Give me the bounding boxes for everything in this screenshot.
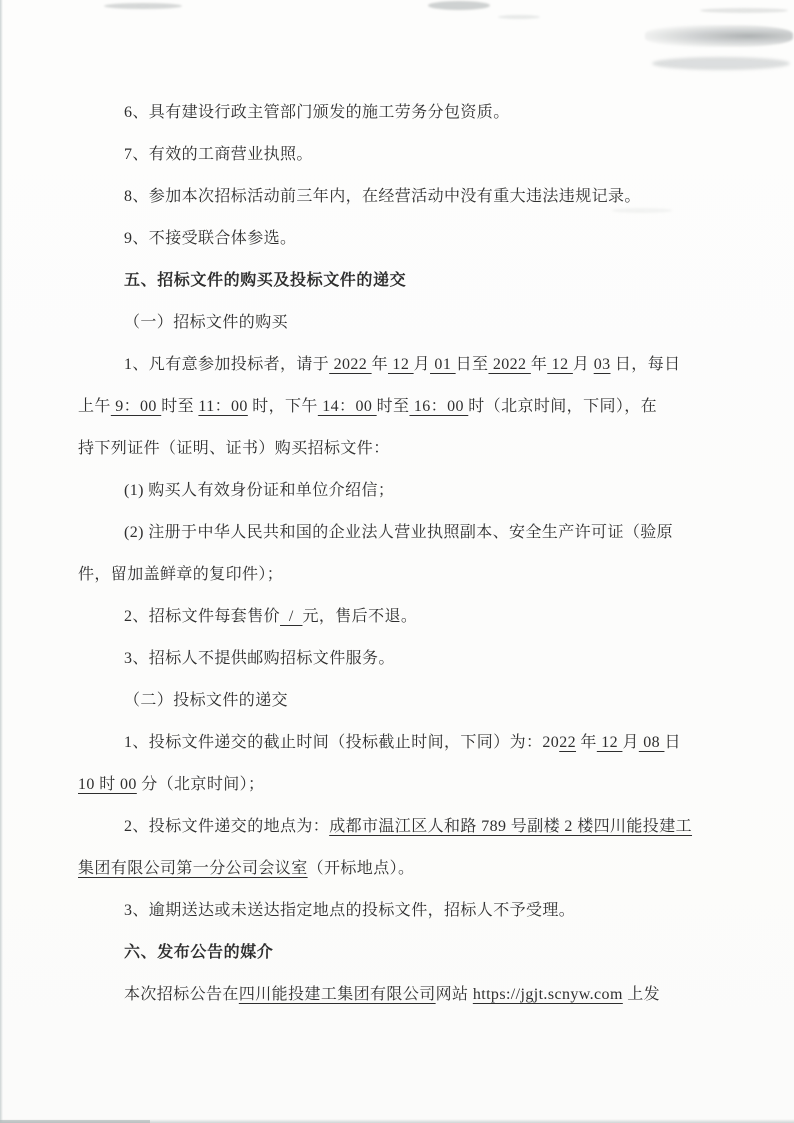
document-line: 1、凡有意参加投标者，请于 2022 年 12 月 01 日至 2022 年 1…	[78, 344, 744, 386]
text-run: 1、凡有意参加投标者，请于	[124, 356, 329, 373]
text-run: 6、具有建设行政主管部门颁发的施工劳务分包资质。	[124, 104, 510, 121]
underlined-text: 2022	[329, 356, 371, 373]
scan-smudge	[498, 15, 540, 19]
underlined-text: 11：00	[198, 398, 247, 415]
document-line: 6、具有建设行政主管部门颁发的施工劳务分包资质。	[78, 92, 744, 134]
text-run: 上发	[623, 986, 660, 1003]
text-run: 日	[664, 734, 680, 751]
text-run: 持下列证件（证明、证书）购买招标文件：	[78, 440, 390, 457]
text-run: 月	[414, 356, 430, 373]
underlined-text: https://jgjt.scnyw.com	[473, 986, 623, 1003]
text-run: 2、招标文件每套售价	[124, 608, 280, 625]
text-run: （二）投标文件的递交	[124, 692, 288, 709]
document-line: 集团有限公司第一分公司会议室（开标地点）。	[78, 848, 744, 890]
document-line: 3、逾期送达或未送达指定地点的投标文件，招标人不予受理。	[78, 890, 744, 932]
underlined-text: 03	[594, 356, 611, 373]
underlined-text: 12	[597, 734, 623, 751]
document-line: 2、招标文件每套售价 / 元，售后不退。	[78, 596, 744, 638]
text-run: 2、投标文件递交的地点为：	[124, 818, 329, 835]
underlined-text: 成都市温江区人和路 789 号副楼 2 楼四川能投建工	[329, 818, 692, 835]
text-run: 7、有效的工商营业执照。	[124, 146, 313, 163]
section-heading-line: 六、发布公告的媒介	[78, 932, 744, 974]
underlined-text: 08	[639, 734, 665, 751]
underlined-text: 12	[388, 356, 414, 373]
document-line: 8、参加本次招标活动前三年内，在经营活动中没有重大违法违规记录。	[78, 176, 744, 218]
text-run: 五、招标文件的购买及投标文件的递交	[124, 272, 406, 289]
text-run: 时，下午	[248, 398, 318, 415]
text-run: 上午	[78, 398, 111, 415]
document-line: 10 时 00 分（北京时间）；	[78, 764, 744, 806]
underlined-text: 2022	[488, 356, 530, 373]
text-run: 时至	[377, 398, 410, 415]
text-run: 元，售后不退。	[302, 608, 417, 625]
scan-smudge	[700, 8, 788, 13]
text-run: 日至	[456, 356, 489, 373]
text-run: (2) 注册于中华人民共和国的企业法人营业执照副本、安全生产许可证（验原	[124, 524, 673, 541]
document-line: 持下列证件（证明、证书）购买招标文件：	[78, 428, 744, 470]
underlined-text: 集团有限公司第一分公司会议室	[78, 860, 308, 877]
document-line: (2) 注册于中华人民共和国的企业法人营业执照副本、安全生产许可证（验原	[78, 512, 744, 554]
underlined-text: 12	[547, 356, 573, 373]
section-heading-line: 五、招标文件的购买及投标文件的递交	[78, 260, 744, 302]
document-line: 3、招标人不提供邮购招标文件服务。	[78, 638, 744, 680]
document-page: 6、具有建设行政主管部门颁发的施工劳务分包资质。7、有效的工商营业执照。8、参加…	[0, 0, 794, 1123]
text-run: 本次招标公告在	[124, 986, 239, 1003]
scan-smudge	[104, 3, 182, 9]
text-run: (1) 购买人有效身份证和单位介绍信；	[124, 482, 394, 499]
document-line: 7、有效的工商营业执照。	[78, 134, 744, 176]
scan-smudge	[645, 25, 793, 47]
underlined-text: 四川能投建工集团有限公司	[239, 986, 436, 1003]
text-run: 六、发布公告的媒介	[124, 944, 273, 961]
document-line: (1) 购买人有效身份证和单位介绍信；	[78, 470, 744, 512]
text-run: 8、参加本次招标活动前三年内，在经营活动中没有重大违法违规记录。	[124, 188, 641, 205]
text-run: 网站	[436, 986, 473, 1003]
text-run: 时（北京时间，下同），在	[468, 398, 657, 415]
document-line: （二）投标文件的递交	[78, 680, 744, 722]
underlined-text: 9：00	[111, 398, 161, 415]
text-run: （一）招标文件的购买	[124, 314, 288, 331]
text-run: 件，留加盖鲜章的复印件）；	[78, 566, 283, 583]
document-line: 件，留加盖鲜章的复印件）；	[78, 554, 744, 596]
text-run: 年	[372, 356, 388, 373]
text-run: 日，每日	[611, 356, 681, 373]
scan-edge-left	[0, 0, 3, 1123]
text-run: 3、逾期送达或未送达指定地点的投标文件，招标人不予受理。	[124, 902, 575, 919]
underlined-text: /	[280, 608, 302, 625]
underlined-text: 14：00	[318, 398, 377, 415]
document-line: 2、投标文件递交的地点为：成都市温江区人和路 789 号副楼 2 楼四川能投建工	[78, 806, 744, 848]
document-line: （一）招标文件的购买	[78, 302, 744, 344]
text-run: 3、招标人不提供邮购招标文件服务。	[124, 650, 395, 667]
text-run: 分（北京时间）；	[137, 776, 265, 793]
document-body: 6、具有建设行政主管部门颁发的施工劳务分包资质。7、有效的工商营业执照。8、参加…	[78, 92, 744, 1016]
text-run: 9、不接受联合体参选。	[124, 230, 296, 247]
text-run: 月	[622, 734, 638, 751]
document-line: 本次招标公告在四川能投建工集团有限公司网站 https://jgjt.scnyw…	[78, 974, 744, 1016]
underlined-text: 10 时 00	[78, 776, 137, 793]
underlined-text: 16：00	[409, 398, 468, 415]
text-run: 年	[576, 734, 597, 751]
text-run: 1、投标文件递交的截止时间（投标截止时间，下同）为：20	[124, 734, 559, 751]
document-line: 上午 9：00 时至 11：00 时，下午 14：00 时至 16：00 时（北…	[78, 386, 744, 428]
text-run: 时至	[161, 398, 198, 415]
text-run: （开标地点）。	[308, 860, 415, 877]
scan-smudge	[428, 1, 490, 10]
text-run: 年	[531, 356, 547, 373]
scan-smudge	[652, 57, 790, 70]
underlined-text: 01	[430, 356, 456, 373]
text-run: 月	[573, 356, 594, 373]
document-line: 1、投标文件递交的截止时间（投标截止时间，下同）为：2022 年 12 月 08…	[78, 722, 744, 764]
underlined-text: 22	[559, 734, 576, 751]
document-line: 9、不接受联合体参选。	[78, 218, 744, 260]
